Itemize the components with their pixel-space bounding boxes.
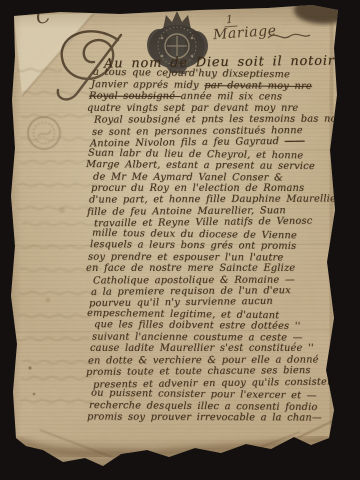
manuscript-line: que les filles doibvent estre dottées '' [94,320,301,332]
line-text: année mil six cens [181,91,283,102]
manuscript-line: recherche desquels illec a consenti fond… [89,401,318,413]
manuscript-line: soy prendre et espouser l'un l'autre [88,252,283,263]
manuscript-line: promis soy prouver irrevocable a la chan… [87,412,322,423]
manuscript-line: Royal soubsigné année mil six cens [89,92,282,103]
line-text: recherche desquels illec a consenti fond… [89,400,318,413]
struck-text: —— [285,136,305,147]
line-text: quatre vingts sept par devant moy nre [87,103,298,114]
line-text: que les filles doibvent estre dottées '' [94,319,301,332]
line-text: Royal soubsigné et pnts les tesmoins bas… [94,114,360,126]
line-text: promis soy prouver irrevocable a la chan… [87,411,322,423]
manuscript-line: lesquels a leurs bons grés ont promis [90,240,296,252]
line-text: promis toute et toute chascune ses biens [86,365,311,378]
line-text: Marge Albert, estant a present au servic… [86,159,315,172]
scanned-manuscript-page: C 1 Mariage Au nom de Dieu soit il notoi… [0,0,360,480]
manuscript-line: promis toute et toute chascune ses biens [86,366,311,378]
line-text: de Mr Me Aymard Vanel Conser & [93,171,283,183]
line-text: d'une part, et honne fille Dauphine Maur… [89,194,341,206]
manuscript-line: procur du Roy en l'election de Romans [91,184,304,194]
line-text: procur du Roy en l'election de Romans [91,183,304,194]
line-text: Janvier apprés midy [91,79,204,91]
manuscript-line: Marge Albert, estant a present au servic… [86,160,315,172]
line-text: Catholique apostolique & Romaine — [93,274,295,286]
line-text: suivant l'ancienne coustume a ceste — [92,331,303,343]
manuscript-line: suivant l'ancienne coustume a ceste — [92,332,303,343]
manuscript-lines: Au nom de Dieu soit il notoirea tous que… [0,0,360,480]
manuscript-line: cause ladite Maurellier s'est constituée… [90,344,314,354]
line-text: soy prendre et espouser l'un l'autre [88,251,283,263]
line-text: en face de nostre mere Saincte Eglize [86,263,295,274]
paper-sheet: C 1 Mariage Au nom de Dieu soit il notoi… [0,0,360,480]
line-text: lesquels a leurs bons grés ont promis [90,239,296,252]
manuscript-line: quatre vingts sept par devant moy nre [87,104,298,114]
line-text: cause ladite Maurellier s'est constituée… [90,343,314,354]
manuscript-line: d'une part, et honne fille Dauphine Maur… [89,195,341,206]
manuscript-line: de Mr Me Aymard Vanel Conser & [93,172,283,183]
manuscript-line: Catholique apostolique & Romaine — [93,275,295,286]
manuscript-line: en face de nostre mere Saincte Eglize [86,264,295,274]
manuscript-line: Royal soubsigné et pnts les tesmoins bas… [94,115,360,126]
struck-text: par devant moy nre [204,80,312,92]
struck-text: Royal soubsigné [89,91,181,102]
